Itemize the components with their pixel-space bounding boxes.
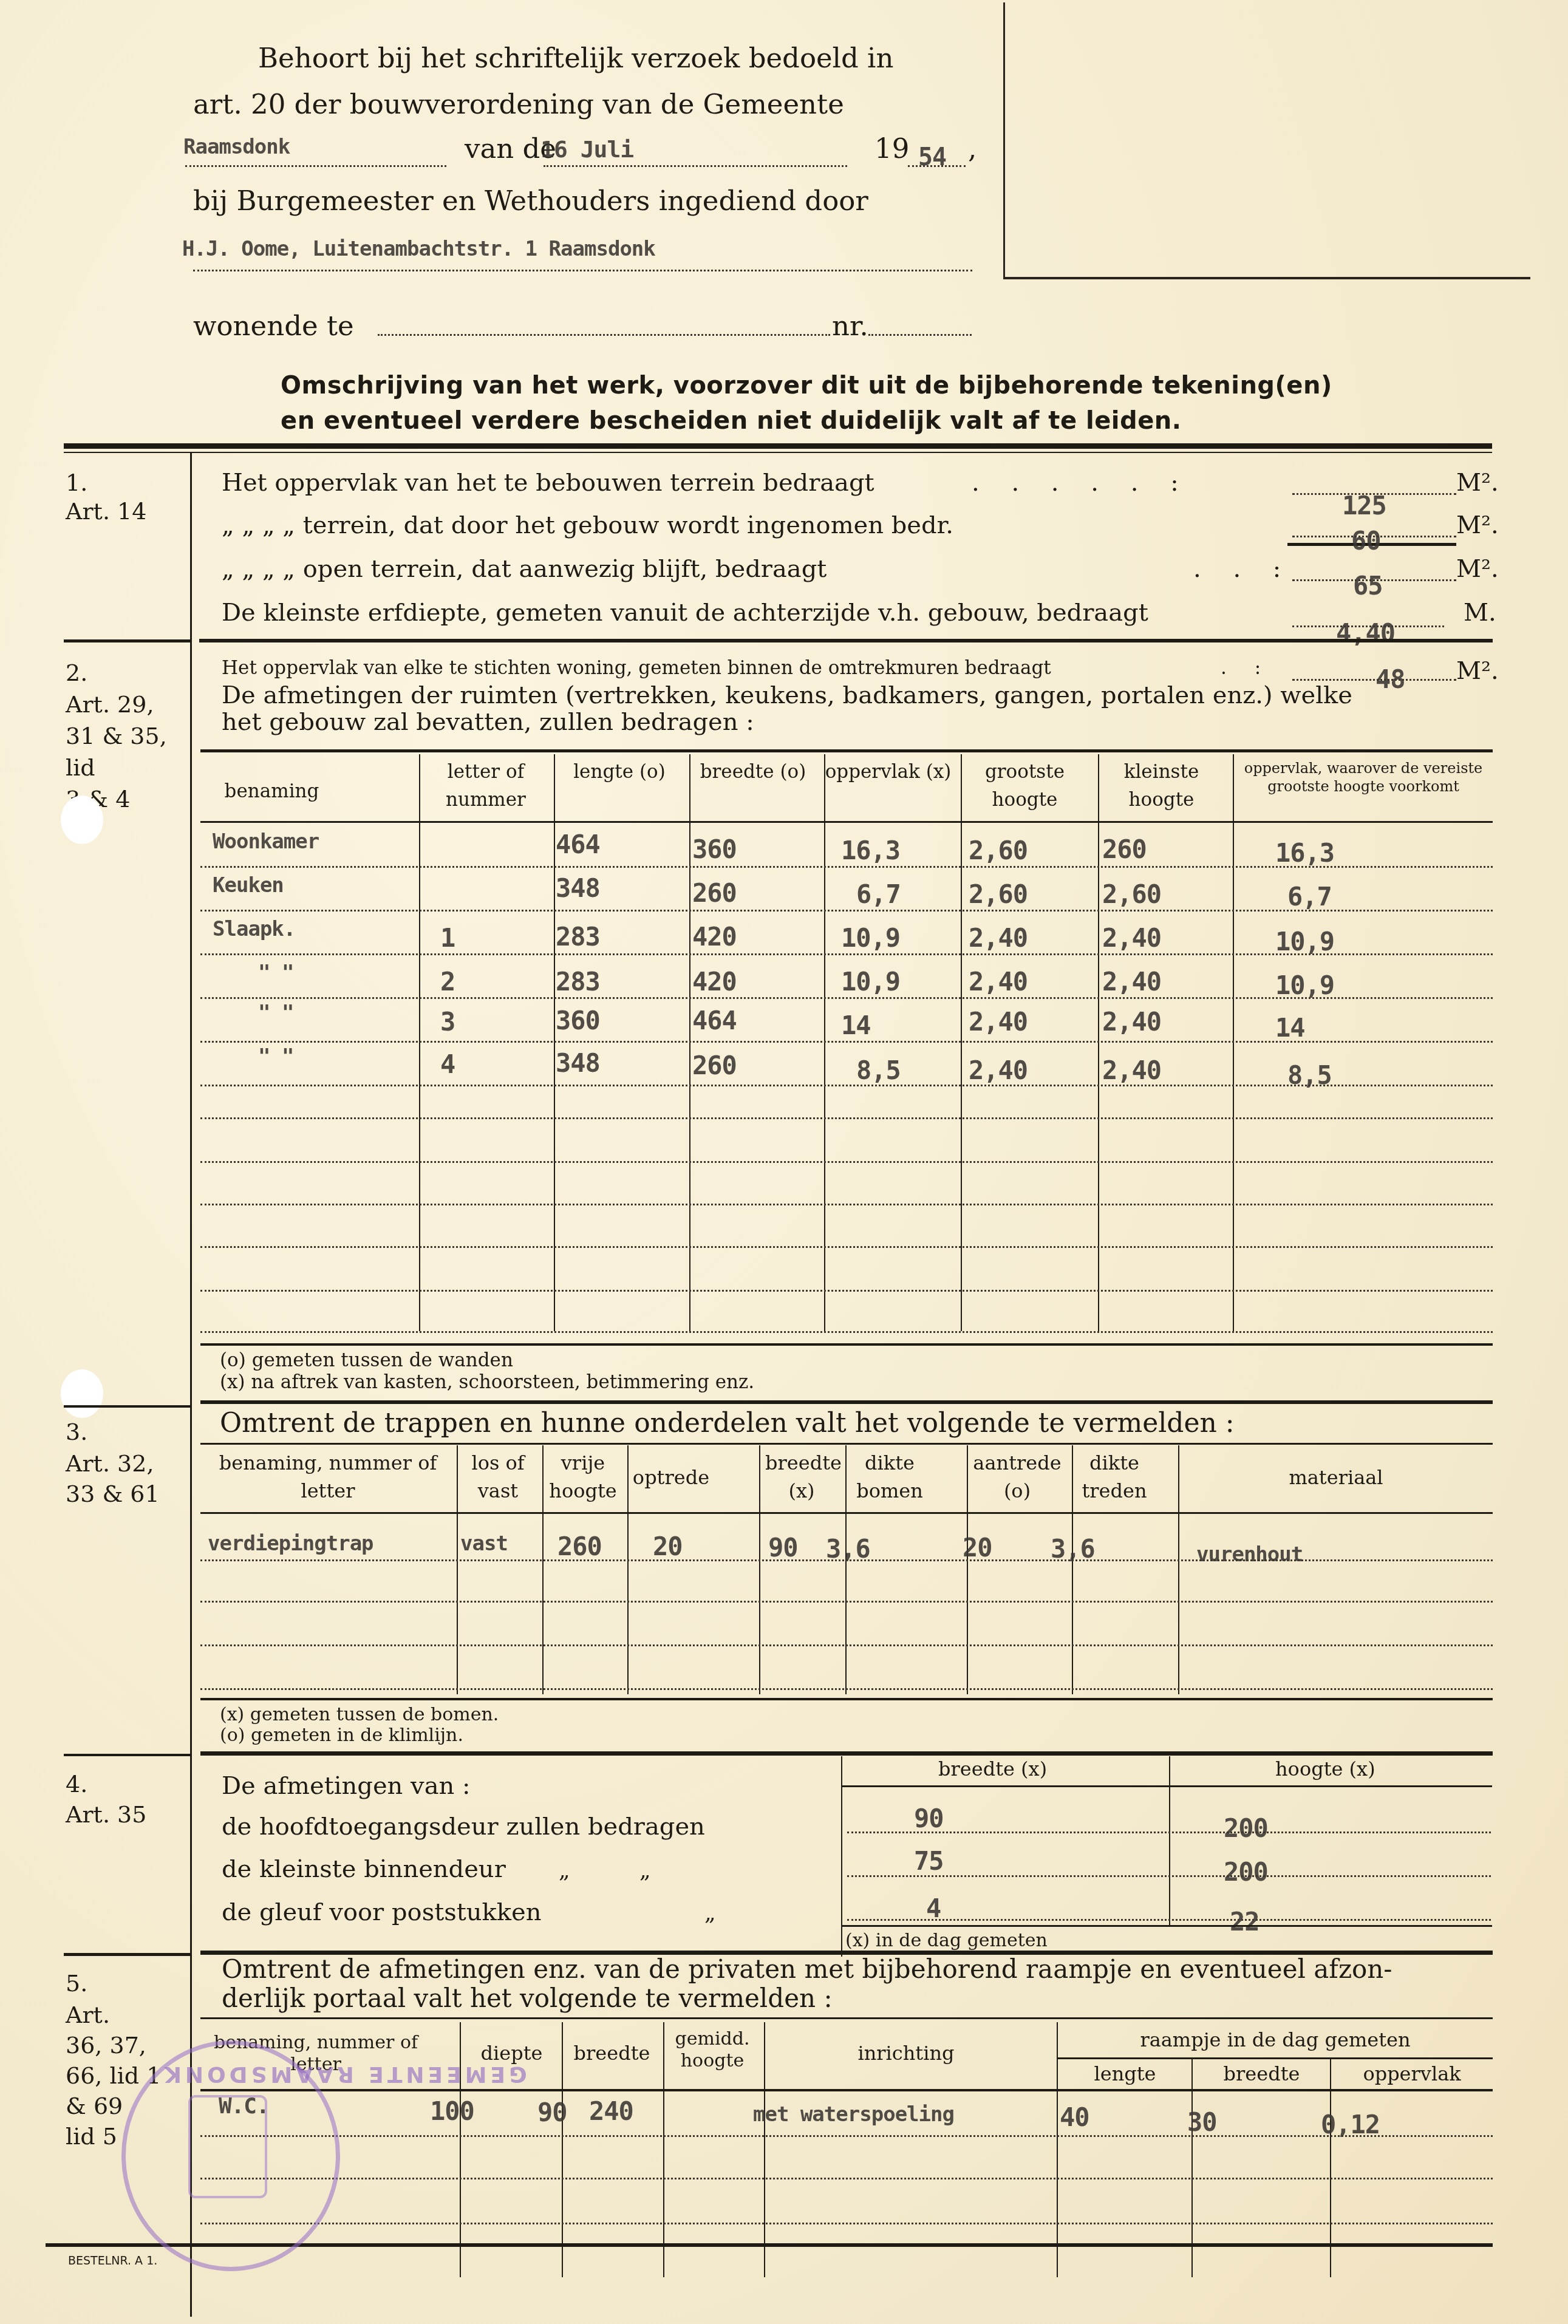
s4-row2-label: de kleinste binnendeur: [222, 1855, 506, 1883]
s2-woning-label: Het oppervlak van elke te stichten wonin…: [222, 657, 1051, 679]
omschrijving-line-1: Omschrijving van het werk, voorzover dit…: [281, 372, 1332, 400]
cell-los-vast: vast: [460, 1532, 508, 1556]
empty-row-line[interactable]: [200, 1246, 1493, 1248]
cell-kleinste: 260: [1102, 834, 1147, 864]
empty-row-line[interactable]: [200, 1204, 1493, 1205]
section5-article-1: Art.: [66, 2002, 110, 2028]
s4-vline: [1169, 1756, 1170, 1926]
cell-benaming: " ": [258, 1001, 293, 1025]
cell-oppervlak: 6,7: [856, 879, 901, 909]
s4-row2-breedte: 75: [914, 1846, 944, 1876]
form-page: Behoort bij het schriftelijk verzoek bed…: [0, 0, 1568, 2324]
cell-inrichting: met waterspoeling: [753, 2102, 954, 2127]
cell-benaming: " ": [258, 961, 293, 985]
cell-vrije-hoogte: 260: [557, 1532, 602, 1561]
s3-header-rule: [200, 1512, 1493, 1514]
cell-hoogte: 240: [589, 2096, 633, 2126]
cell-oppervlak: 10,9: [841, 923, 900, 953]
cell-kleinste: 2,40: [1102, 1055, 1161, 1085]
s3-footnote-x: (x) gemeten tussen de bomen.: [220, 1704, 499, 1725]
row-line: [200, 2135, 1493, 2137]
cell-grootste: 2,60: [969, 879, 1028, 909]
date-value: 16 Juli: [540, 136, 633, 163]
cell-opp-hoogte: 6,7: [1287, 882, 1332, 912]
empty-row-line[interactable]: [200, 1161, 1493, 1163]
s5-sub-breedte: breedte: [1193, 2062, 1330, 2085]
section2-article-2: 31 & 35,: [66, 720, 167, 752]
s4-row3-field[interactable]: [847, 1919, 1491, 1921]
cell-benaming: verdiepingtrap: [208, 1532, 373, 1556]
section5-article-5: lid 5: [66, 2123, 117, 2150]
s5-sub-oppervlak: oppervlak: [1333, 2062, 1491, 2085]
cell-lengte: 348: [556, 1048, 600, 1078]
s4-margin-rule: [64, 1953, 190, 1956]
table-row: W.C. 100 90 240 met waterspoeling 40 30 …: [200, 2094, 1493, 2142]
s5-col-inrichting: inrichting: [766, 2042, 1046, 2065]
s5-group-header: raampje in de dag gemeten: [1060, 2028, 1491, 2051]
s4-row2-hoogte: 200: [1224, 1857, 1268, 1887]
s5-header-rule: [200, 2089, 1493, 2091]
s5-vline: [1057, 2022, 1058, 2277]
cell-grootste: 2,60: [969, 836, 1028, 865]
cell-lengte: 283: [556, 967, 600, 997]
s5-header-top-rule: [200, 2017, 1493, 2019]
section3-number: 3.: [66, 1419, 87, 1445]
cell-kleinste: 2,40: [1102, 1007, 1161, 1037]
cell-breedte: 464: [692, 1006, 737, 1035]
cell-nummer: 1: [440, 923, 455, 953]
s2-col-grootste: grootste hoogte: [960, 758, 1090, 814]
cell-breedte: 90: [537, 2097, 567, 2127]
header-line-2: art. 20 der bouwverordening van de Gemee…: [193, 86, 844, 123]
cell-benaming: Keuken: [213, 873, 284, 898]
date-field[interactable]: [544, 165, 847, 167]
cell-breedte: 420: [692, 967, 737, 997]
s1-row2-value: 60: [1351, 526, 1381, 556]
s3-col-aantrede: aantrede (o): [972, 1449, 1063, 1505]
s4-row1-field[interactable]: [847, 1832, 1491, 1833]
s2-intro-line-1: De afmetingen der ruimten (vertrekken, k…: [222, 681, 1352, 709]
empty-row-line[interactable]: [200, 2223, 1493, 2224]
cell-materiaal: vurenhout: [1196, 1542, 1303, 1567]
row-line: [200, 1559, 1493, 1561]
s2-col-lengte: lengte (o): [556, 758, 683, 786]
s3-col-vrije-hoogte: vrije hoogte: [544, 1449, 622, 1505]
s2-margin-rule: [64, 1405, 190, 1408]
s1-row2-unit: M².: [1456, 511, 1499, 539]
section1-number: 1.: [66, 468, 87, 498]
s4-row2-ditto: „ „: [559, 1858, 651, 1883]
section4-article: Art. 35: [66, 1801, 146, 1828]
table-row: " " 4 348 260 8,5 2,40 2,40 8,5: [200, 1044, 1493, 1088]
stamp-text: GEMEENTE RAAMSDONK: [161, 2062, 527, 2087]
cell-breedte: 260: [692, 1051, 737, 1080]
section4-number: 4.: [66, 1771, 87, 1798]
cell-grootste: 2,40: [969, 923, 1028, 953]
table-row: " " 3 360 464 14 2,40 2,40 14: [200, 1001, 1493, 1044]
s2-table-bottom-rule: [200, 1343, 1493, 1346]
s4-col-hoogte: hoogte (x): [1275, 1757, 1375, 1780]
nr-label: nr.: [832, 310, 868, 342]
cell-opp-hoogte: 16,3: [1275, 838, 1334, 868]
s2-col-nummer: letter of nummer: [422, 758, 550, 814]
empty-row-line[interactable]: [200, 1601, 1493, 1603]
office-use-box-bottom: [1003, 277, 1530, 279]
cell-nummer: 2: [440, 967, 455, 997]
cell-kleinste: 2,40: [1102, 967, 1161, 997]
s5-intro-line-1: Omtrent de afmetingen enz. van de privat…: [222, 1954, 1392, 1984]
s3-col-optrede: optrede: [629, 1464, 714, 1491]
cell-opp-hoogte: 10,9: [1275, 970, 1334, 1000]
s2-col-benaming: benaming: [200, 764, 343, 805]
s5-sub-lengte: lengte: [1060, 2062, 1190, 2085]
s3-margin-rule: [64, 1754, 190, 1756]
empty-row-line[interactable]: [200, 1290, 1493, 1292]
cell-diepte: 100: [430, 2096, 474, 2126]
order-number: BESTELNR. A 1.: [68, 2254, 157, 2268]
wonende-label: wonende te: [193, 310, 354, 342]
table-row: Keuken 348 260 6,7 2,60 2,60 6,7: [200, 870, 1493, 913]
s5-col-breedte: breedte: [565, 2042, 659, 2065]
row-line: [200, 953, 1493, 955]
s1-row1-value: 125: [1342, 491, 1386, 520]
row-line: [200, 910, 1493, 912]
table-row: " " 2 283 420 10,9 2,40 2,40 10,9: [200, 957, 1493, 1001]
cell-oppervlak: 16,3: [841, 836, 900, 865]
punch-hole: [61, 1369, 103, 1418]
applicant-value: H.J. Oome, Luitenambachtstr. 1 Raamsdonk: [182, 237, 655, 261]
cell-lengte: 464: [556, 830, 600, 859]
s3-col-los-vast: los of vast: [458, 1449, 537, 1505]
cell-benaming: Slaapk.: [213, 917, 295, 941]
year-prefix: 19: [874, 132, 909, 165]
s5-group-rule: [1057, 2057, 1493, 2059]
s1-row2-label: „ „ „ „ terrein, dat door het gebouw wor…: [222, 511, 953, 539]
s5-col-hoogte: gemidd. hoogte: [667, 2028, 758, 2072]
top-thick-rule: [64, 443, 1492, 449]
s4-row1-label: de hoofdtoegangsdeur zullen bedragen: [222, 1813, 705, 1841]
s2-woning-leader: . :: [1221, 657, 1272, 679]
s5-vline: [764, 2022, 765, 2277]
s4-row1-hoogte: 200: [1224, 1813, 1268, 1843]
cell-kleinste: 2,60: [1102, 879, 1161, 909]
section5-article-4: & 69: [66, 2093, 123, 2119]
empty-row-line[interactable]: [200, 1117, 1493, 1119]
section2-number: 2.: [66, 657, 87, 689]
s2-col-oppervlak: oppervlak (x): [823, 758, 953, 786]
table-row: Woonkamer 464 360 16,3 2,60 260 16,3: [200, 826, 1493, 870]
cell-lengte: 360: [556, 1006, 600, 1035]
cell-benaming: Woonkamer: [213, 830, 319, 854]
year-value: 54: [918, 143, 946, 171]
cell-opp-hoogte: 10,9: [1275, 927, 1334, 956]
s3-table-bottom-rule: [200, 1698, 1493, 1700]
omschrijving-line-2: en eventueel verdere bescheiden niet dui…: [281, 407, 1181, 435]
cell-optrede: 20: [653, 1532, 683, 1561]
cell-breedte: 360: [692, 834, 737, 864]
s2-col-breedte: breedte (o): [689, 758, 817, 786]
cell-lengte: 348: [556, 873, 600, 903]
s1-row1-label: Het oppervlak van het te bebouwen terrei…: [222, 469, 874, 497]
s2-woning-value: 48: [1375, 664, 1405, 694]
s2-woning-field[interactable]: [1292, 679, 1456, 681]
section5-article-2: 36, 37,: [66, 2032, 146, 2059]
s3-end-rule: [200, 1751, 1493, 1756]
nr-field[interactable]: [868, 334, 972, 336]
empty-row-line[interactable]: [200, 2178, 1493, 2179]
municipality-value: Raamsdonk: [183, 135, 290, 159]
section2-article-3: lid: [66, 752, 95, 783]
row-line: [200, 1041, 1493, 1043]
s4-footnote: (x) in de dag gemeten: [845, 1930, 1048, 1951]
table-row: verdiepingtrap vast 260 20 90 3,6 20 3,6…: [200, 1518, 1493, 1573]
section1-article: Art. 14: [66, 498, 146, 525]
s2-footnote-x: (x) na aftrek van kasten, schoorsteen, b…: [220, 1371, 754, 1393]
row-line: [200, 866, 1493, 868]
s5-vline: [460, 2022, 461, 2277]
cell-oppervlak: 10,9: [841, 967, 900, 997]
cell-breedte: 260: [692, 878, 737, 908]
s4-intro: De afmetingen van :: [222, 1772, 471, 1800]
s2-end-rule: [200, 1400, 1493, 1404]
s2-table-top-rule: [200, 749, 1493, 752]
header-line-4: bij Burgemeester en Wethouders ingediend…: [193, 185, 868, 217]
s1-row4-label: De kleinste erfdiepte, gemeten vanuit de…: [222, 599, 1148, 627]
s4-row2-field[interactable]: [847, 1875, 1491, 1877]
comma: ,: [968, 132, 977, 165]
empty-row-line[interactable]: [200, 1688, 1493, 1690]
s4-col-breedte: breedte (x): [938, 1757, 1047, 1780]
s1-row1-unit: M².: [1456, 469, 1499, 497]
s3-col-materiaal: materiaal: [1184, 1464, 1488, 1491]
s1-row3-leader: . . :: [1193, 555, 1293, 583]
s1-margin-rule: [64, 639, 190, 642]
s2-header-rule: [200, 821, 1493, 823]
s5-intro-line-2: derlijk portaal valt het volgende te ver…: [222, 1983, 833, 2013]
s1-row3-value: 65: [1353, 571, 1383, 601]
s2-col-opp-hoogte: oppervlak, waarover de vereiste grootste…: [1236, 759, 1491, 796]
s1-row3-label: „ „ „ „ open terrein, dat aanwezig blijf…: [222, 555, 827, 583]
s3-col-dikte-treden: dikte treden: [1075, 1449, 1154, 1505]
cell-breedte: 420: [692, 922, 737, 952]
s1-row4-value: 4,40: [1336, 618, 1395, 648]
cell-nummer: 4: [440, 1049, 455, 1079]
office-use-box: [1003, 2, 1005, 279]
s5-vline: [663, 2022, 664, 2277]
s4-row3-ditto: „: [704, 1901, 716, 1926]
table-row: Slaapk. 1 283 420 10,9 2,40 2,40 10,9: [200, 913, 1493, 957]
cell-breedte: 90: [768, 1533, 798, 1562]
row-line: [200, 997, 1493, 999]
s3-col-dikte-bomen: dikte bomen: [850, 1449, 929, 1505]
coat-of-arms-icon: [188, 2095, 267, 2198]
s4-row3-label: de gleuf voor poststukken: [222, 1898, 542, 1926]
s2-col-kleinste: kleinste hoogte: [1096, 758, 1227, 814]
cell-grootste: 2,40: [969, 967, 1028, 997]
top-thin-rule: [64, 452, 1492, 453]
municipality-field[interactable]: [185, 165, 446, 167]
s4-bottom-rule: [841, 1925, 1492, 1927]
s1-end-rule: [199, 639, 1493, 642]
cell-kleinste: 2,40: [1102, 923, 1161, 953]
section2-article-1: Art. 29,: [66, 689, 154, 720]
s4-header-rule: [841, 1785, 1492, 1787]
cell-oppervlak: 8,5: [856, 1055, 901, 1085]
s5-vline: [562, 2022, 563, 2277]
margin-rule: [190, 452, 192, 2317]
s3-col-breedte: breedte (x): [765, 1449, 838, 1505]
cell-grootste: 2,40: [969, 1007, 1028, 1037]
cell-benaming: " ": [258, 1044, 293, 1069]
header-line-1: Behoort bij het schriftelijk verzoek bed…: [258, 40, 894, 77]
s1-row3-unit: M².: [1456, 555, 1499, 583]
applicant-field[interactable]: [193, 270, 972, 271]
section3-article-2: 33 & 61: [66, 1481, 160, 1507]
empty-row-line[interactable]: [200, 1644, 1493, 1646]
cell-aantrede: 20: [963, 1533, 992, 1562]
empty-row-line[interactable]: [200, 1331, 1493, 1333]
section3-article-1: Art. 32,: [66, 1450, 154, 1477]
row-line: [200, 1085, 1493, 1086]
s2-footnote-o: (o) gemeten tussen de wanden: [220, 1349, 513, 1371]
cell-lengte: 283: [556, 922, 600, 952]
cell-r-lengte: 40: [1060, 2102, 1089, 2132]
s3-footnote-o: (o) gemeten in de klimlijn.: [220, 1725, 463, 1746]
cell-opp-hoogte: 14: [1275, 1013, 1305, 1043]
wonende-field[interactable]: [378, 334, 830, 336]
s4-row3-hoogte: 22: [1230, 1907, 1260, 1937]
cell-oppervlak: 14: [841, 1010, 871, 1040]
section5-number: 5.: [66, 1970, 87, 1997]
cell-nummer: 3: [440, 1007, 455, 1037]
cell-grootste: 2,40: [969, 1055, 1028, 1085]
s3-col-benaming: benaming, nummer of letter: [206, 1449, 449, 1505]
s1-row4-unit: M.: [1464, 599, 1496, 627]
cell-r-breedte: 30: [1187, 2107, 1217, 2137]
s2-woning-unit: M².: [1456, 657, 1499, 685]
s2-intro-line-2: het gebouw zal bevatten, zullen bedragen…: [222, 708, 754, 736]
s3-header-top-rule: [200, 1443, 1493, 1445]
s3-intro: Omtrent de trappen en hunne onderdelen v…: [220, 1408, 1235, 1439]
s4-row1-breedte: 90: [914, 1804, 944, 1833]
punch-hole: [61, 796, 103, 844]
s1-row1-leader: . . . . . :: [972, 469, 1191, 497]
